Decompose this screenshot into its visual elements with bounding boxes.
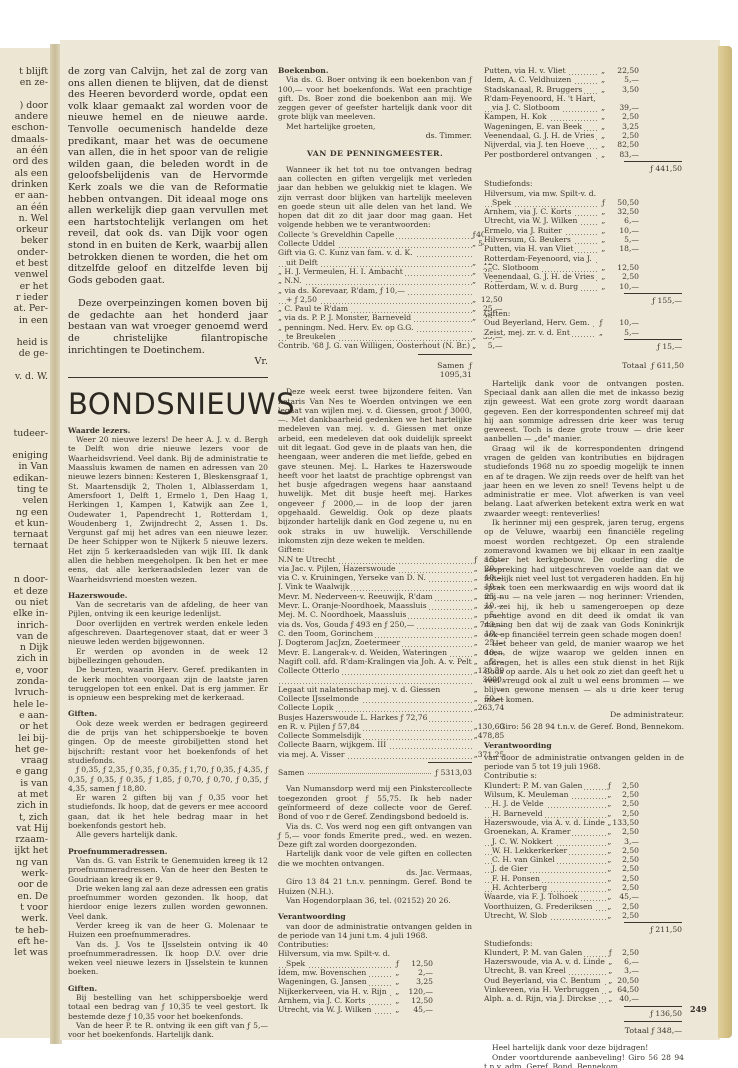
administrateur-paragraph: Ik herinner mij een gesprek, jaren terug…	[484, 518, 684, 639]
ledger-currency: „	[598, 226, 609, 235]
ledger-description: F. H. Ponsen	[484, 874, 607, 883]
ledger-row: Hazerswoude, via A. v. d. Linde„6,—	[484, 957, 639, 966]
fragment-line: e gang	[4, 766, 48, 777]
ledger-currency: „	[607, 874, 612, 883]
ledger-currency: „	[472, 313, 476, 322]
ledger-amount: 3,25	[403, 977, 433, 986]
ledger-row: Collecte 's Greveldhin Capelleƒ409,81	[278, 230, 503, 239]
ledger-row: Utrecht, via W. J. Wilken„6,—	[484, 216, 639, 225]
fragment-line	[4, 552, 48, 563]
ledger-currency: „	[474, 601, 478, 610]
fragment-line	[4, 326, 48, 337]
fragment-line: oor de	[4, 879, 48, 890]
ledger-description-text: Hilversum, via mw. Spilt-v. d.	[484, 189, 598, 198]
fragment-line: dmaals-	[4, 134, 48, 145]
ledger-row: Mej. M. C. Noordhoek, Maassluis„5,—	[278, 610, 504, 619]
fragment-line: an één	[4, 202, 48, 213]
ledger-description-text: Nijverdal, via J. ten Hoeve	[484, 140, 587, 149]
ledger-description: Hilversum, via mw. Spilt-v. d.	[484, 189, 598, 198]
ledger-description: Voorthuizen, G. Frederiksen	[484, 902, 607, 911]
ledger-description-text: Per postborderel ontvangen	[484, 150, 594, 159]
ledger-currency: „	[474, 573, 478, 582]
penningmeester-paragraph: Deze week eerst twee bijzondere feiten. …	[278, 387, 472, 545]
fragment-line: onder-	[4, 247, 48, 258]
giften-label: Giften:	[484, 309, 684, 318]
ledger-row: Idem, mw. Bovenschen„2,—	[278, 968, 433, 977]
ledger-amount: 2,50	[612, 911, 639, 920]
ledger-amount: 12,50	[403, 996, 433, 1005]
ledger-description-text: Kampen, H. Kok	[484, 112, 549, 121]
grand-total: Totaal ƒ 611,50	[484, 361, 684, 370]
ledger-currency: „	[474, 694, 478, 703]
ledger-description: „ penningm. Ned. Herv. Ev. op G.G.	[278, 323, 472, 332]
ledger-description: Hilversum, via mw. Spilt-v. d.	[278, 949, 392, 958]
ledger-currency: „	[607, 892, 612, 901]
ledger-row: Hilversum, via mw. Spilt-v. d.	[278, 949, 433, 958]
closing-line: Heel hartelijk dank voor deze bijdragen!	[484, 1043, 684, 1052]
fragment-line: de ge-	[4, 348, 48, 359]
ledger-amount: 2,50	[612, 864, 639, 873]
ledger-description: Collecte 's Greveldhin Capelle	[278, 230, 472, 239]
ledger-row: Collecte Uddel„541,—	[278, 239, 503, 248]
fragment-line	[4, 89, 48, 100]
section-paragraph: Alle gevers hartelijk dank.	[68, 830, 268, 839]
ledger-description-text: Collecte Uddel	[278, 239, 337, 248]
ledger-row: H. J. de Velde„2,50	[484, 799, 639, 808]
fragment-line: et kun-	[4, 518, 48, 529]
fragment-line: andere	[4, 111, 48, 122]
intro-paragraph: Deze overpeinzingen komen boven bij de g…	[68, 298, 268, 356]
ledger-currency: „	[474, 657, 478, 666]
ledger-amount: 3,—	[614, 966, 639, 975]
ledger-description: R'dam-Feyenoord, H. 't Hart,	[484, 94, 598, 103]
ledger-amount	[403, 949, 433, 958]
ledger-description-text: Legaat uit nalatenschap mej. v. d. Giess…	[278, 685, 442, 694]
ledger-description-text: Mevr. L. Oranje-Noordhoek, Maassluis	[278, 601, 429, 610]
ledger-row: W. H. Lekkerkerker„2,50	[484, 846, 639, 855]
ledger-row: Veenendaal, G. J. H. de Vries„2,50	[484, 131, 639, 140]
fragment-line: et best	[4, 258, 48, 269]
subtotal-studiefonds-2: ƒ 136,50	[624, 1006, 682, 1018]
ledger-amount: 20,50	[614, 976, 639, 985]
ledger-amount: 2,50	[612, 799, 639, 808]
ledger-amount	[609, 189, 639, 198]
ledger-description-text: „ C. Paul te R'dam	[278, 304, 350, 313]
ledger-currency: „	[607, 837, 612, 846]
ledger-currency: „	[472, 258, 476, 267]
ledger-description-text: Rotterdam-Feyenoord, via J.	[484, 254, 594, 263]
ledger-description-text: Vinkeveen, via H. Verbruggen	[484, 985, 601, 994]
closing-line: Onder voortdurende aanbeveling! Giro 56 …	[484, 1053, 684, 1068]
fragment-line: is van	[4, 778, 48, 789]
intro-article: de zorg van Calvijn, het zal de zorg van…	[68, 66, 268, 368]
subtotal-studiefonds: ƒ 155,—	[624, 293, 682, 305]
ledger-description: J. Dogterom JacJzn, Zoetermeer	[278, 638, 474, 647]
total-label: Samen	[278, 768, 304, 777]
fragment-line: vat Hij	[4, 823, 48, 834]
ledger-currency: „	[472, 341, 476, 350]
penningmeester-address: Van Hogendorplaan 36, tel. (02152) 20 26…	[278, 896, 472, 905]
ledger-description-text: Hazerswoude, via A. v. d. Linde	[484, 957, 607, 966]
ledger-description-text: „ N.N.	[278, 276, 304, 285]
ledger-description: Oud Beyerland, via C. Bentum	[484, 976, 607, 985]
fragment-line: or het	[4, 721, 48, 732]
ledger-description-text: Collecte Otterlo	[278, 666, 341, 675]
ledger-description-text: uit Delft	[286, 258, 320, 267]
ledger-description-text: Zeist, mej. zr. v. d. Ent	[484, 328, 572, 337]
ledger-row: J. C. W. Nokkert„3,—	[484, 837, 639, 846]
boekenbon-paragraph: Met hartelijke groeten,	[278, 122, 472, 131]
column-1: de zorg van Calvijn, het zal de zorg van…	[68, 66, 268, 1040]
verantwoording2-intro: van door de administratie ontvangen geld…	[484, 753, 684, 772]
ledger-currency: „	[474, 629, 478, 638]
ledger-amount	[609, 94, 640, 103]
ledger-currency: „	[598, 272, 609, 281]
fragment-line: werk.	[4, 913, 48, 924]
subtotal-value: ƒ 136,50	[650, 1009, 682, 1018]
ledger-row: J. Vink te Waalwijk„10,—	[278, 582, 504, 591]
ledger-row: Utrecht, B. van Kreel„3,—	[484, 966, 639, 975]
ledger-currency: „	[474, 638, 478, 647]
fragment-line: hele le-	[4, 699, 48, 710]
section-paragraph: Bij bestelling van het schippersboekje w…	[68, 993, 268, 1021]
ledger-description-text: „ via ds. P. P. J. Monster, Barneveld	[278, 313, 413, 322]
ledger-row: Mevr. E. Langerak-v. d. Weiden, Watering…	[278, 648, 504, 657]
fragment-line: zich in	[4, 800, 48, 811]
studiefonds-label: Studiefonds:	[484, 939, 684, 948]
ledger-description-text: C. H. van Ginkel	[492, 855, 557, 864]
ledger-currency: „	[598, 85, 609, 94]
ledger-currency	[598, 189, 609, 198]
ledger-description: Collecte Uddel	[278, 239, 472, 248]
section-paragraph: Van de heer P. te R. ontving ik een gift…	[68, 1021, 268, 1040]
ledger-description-text: J. C. W. Nokkert	[492, 837, 555, 846]
ledger-description-text: Collecte Lopik	[278, 703, 335, 712]
ledger-description: via J. C. Slotboom	[484, 103, 598, 112]
ledger-currency: „	[607, 846, 612, 855]
ledger-description-text: Utrecht, W. Slob	[484, 911, 549, 920]
ledger-row: „ via ds. Korevaar, R'dam, ƒ 10,—	[278, 286, 503, 295]
ledger-currency: „	[472, 239, 476, 248]
ledger-description-text: Utrecht, via W. J. Wilken	[484, 216, 579, 225]
ledger-description-text: Hazerswoude, via A. v. d. Linde	[484, 818, 607, 827]
ledger-row: Spekƒ12,50	[278, 959, 433, 968]
administrateur-paragraph: Het beheer van geld, de manier waarop we…	[484, 639, 684, 704]
ledger-description: „ via ds. P. P. J. Monster, Barneveld	[278, 313, 472, 322]
ledger-description-text: Oud Beyerland, Herv. Gem.	[484, 318, 592, 327]
section-heading: Giften.	[68, 984, 268, 993]
ledger-row: H. Achterberg„2,50	[484, 883, 639, 892]
ledger-currency: „	[607, 799, 612, 808]
ledger-description: Collecte IJsselmonde	[278, 694, 474, 703]
fragment-line: er aan-	[4, 190, 48, 201]
administrateur-paragraphs: Hartelijk dank voor de ontvangen posten.…	[484, 379, 684, 704]
ledger-description-text: Oud Beyerland, via C. Bentum	[484, 976, 603, 985]
ledger-total-1: Samen ƒ 1095,31	[418, 354, 472, 380]
fragment-line: drinken	[4, 179, 48, 190]
ledger-description: via mej. A. Visser	[278, 750, 474, 759]
section-paragraph: De beurten, waarin Herv. Geref. predikan…	[68, 665, 268, 702]
administrateur-paragraph: Graag wil ik de korrespondenten dringend…	[484, 444, 684, 518]
ledger-description: Alph. a. d. Rijn, via J. Dirckse	[484, 994, 607, 1003]
ledger-row: Nijverdal, via J. ten Hoeve„82,50	[484, 140, 639, 149]
page-edge	[718, 46, 732, 1038]
section-heading: Waarde lezers.	[68, 426, 268, 435]
ledger-row: Wilsum, K. Meuleman„2,50	[484, 790, 639, 799]
ledger-currency: „	[474, 610, 478, 619]
ledger-description-text: Waarde, via F. J. Tolhoek	[484, 892, 580, 901]
ledger-row: Vinkeveen, via H. Verbruggen„64,50	[484, 985, 639, 994]
ledger-row: Mevr. M. Nederveen-v. Reeuwijk, R'dam„25…	[278, 592, 504, 601]
ledger-row: Veenendaal, G. J. H. de Vries„2,50	[484, 272, 639, 281]
ledger-currency: ƒ	[392, 959, 403, 968]
ledger-description: J. de Gier	[484, 864, 607, 873]
ledger-row: Legaat uit nalatenschap mej. v. d. Giess…	[278, 675, 504, 694]
ledger-amount: 45,—	[403, 1005, 433, 1014]
penningmeester-intro: Wanneer ik het tot nu toe ontvangen bedr…	[278, 165, 472, 230]
ledger-description-text: Busjes Hazerswoude L. Harkes ƒ 72,76	[278, 713, 429, 722]
section-paragraph: Weer 20 nieuwe lezers! De heer A. J. v. …	[68, 435, 268, 584]
ledger-description-text: Putten, via H. van Vliet	[484, 244, 575, 253]
ledger-description: Hilversum, G. Beukers	[484, 235, 598, 244]
ledger-description-text: Collecte Baarn, wijkgem. III	[278, 740, 388, 749]
ledger-amount: 2,50	[612, 902, 639, 911]
fragment-line: als een	[4, 168, 48, 179]
fragment-line: in Van	[4, 461, 48, 472]
ledger-description: Veenendaal, G. J. H. de Vries	[484, 131, 598, 140]
ledger-row: J. Dogterom JacJzn, Zoetermeer„25,—	[278, 638, 504, 647]
ledger-row: Rotterdam-Feyenoord, via J.	[484, 254, 639, 263]
ledger-row: „ penningm. Ned. Herv. Ev. op G.G.	[278, 323, 503, 332]
ledger-currency: ƒ	[595, 318, 607, 327]
section-paragraph: Verder kreeg ik van de heer G. Molenaar …	[68, 921, 268, 940]
ledger-row: Kampen, H. Kok„2,50	[484, 112, 639, 121]
ledger-description: H. J. de Velde	[484, 799, 607, 808]
total-label: Samen	[437, 361, 464, 370]
ledger-description-text: via Jac. v. Pijlen, Hazerswoude	[278, 564, 398, 573]
ledger-row: uit Delft„12,—	[278, 258, 503, 267]
ledger-description: te Breukelen	[278, 332, 472, 341]
ledger-description: Busjes Hazerswoude L. Harkes ƒ 72,76	[278, 713, 474, 722]
ledger-description-text: via mej. A. Visser	[278, 750, 347, 759]
ledger-description: Hazerswoude, via A. v. d. Linde	[484, 957, 607, 966]
ledger-description: Spek	[484, 198, 598, 207]
grand-total-2: Totaal ƒ 348,—	[624, 1021, 682, 1035]
ledger-row: Arnhem, via J. C. Korts„12,50	[278, 996, 433, 1005]
ledger-row: Nagift coll. afd. R'dam-Kralingen via Jo…	[278, 657, 504, 666]
fragment-line	[4, 439, 48, 450]
ledger-description-text: Putten, via H. v. Vliet	[484, 66, 568, 75]
fragment-line: at. Per-	[4, 303, 48, 314]
ledger-amount: 2,50	[614, 948, 639, 957]
ledger-description-text: Mevr. E. Langerak-v. d. Weiden, Watering…	[278, 648, 449, 657]
ledger-currency: „	[474, 648, 478, 657]
fragment-line: van de	[4, 631, 48, 642]
ledger-description-text: H. J. de Velde	[492, 799, 546, 808]
ledger-row: F. H. Ponsen„2,50	[484, 874, 639, 883]
ledger-currency	[598, 254, 609, 263]
ledger-description: Oud Beyerland, Herv. Gem.	[484, 318, 595, 327]
ledger-currency: „	[607, 883, 612, 892]
ledger-description: Collecte Sommelsdijk	[278, 731, 474, 740]
ledger-amount: 6,—	[614, 957, 639, 966]
ledger-description: Rotterdam-Feyenoord, via J.	[484, 254, 598, 263]
ledger-amount: 12,50	[403, 959, 433, 968]
ledger-description: via Jac. v. Pijlen, Hazerswoude	[278, 564, 474, 573]
ledger-row: Contrib. '68 J. G. van Willigen, Oosterh…	[278, 341, 503, 350]
ledger-currency: „	[598, 103, 609, 112]
ledger-row: Utrecht, W. Slob„2,50	[484, 911, 639, 920]
ledger-amount: 18,—	[609, 244, 639, 253]
ledger-row: Collecte Otterlo„130,59	[278, 666, 504, 675]
ledger-currency: „	[474, 592, 478, 601]
ledger-amount: 40,—	[614, 994, 639, 1003]
ledger-row: Waarde, via F. J. Tolhoek„45,—	[484, 892, 639, 901]
boekenbon-signature: ds. Timmer.	[278, 131, 472, 140]
fragment-line: e aan-	[4, 710, 48, 721]
ledger-row: Oud Beyerland, via C. Bentum„20,50	[484, 976, 639, 985]
ledger-amount: 3,50	[609, 85, 640, 94]
section-paragraph: Van ds. G. van Estrik te Genemuiden kree…	[68, 856, 268, 884]
ledger-amount: 120,—	[403, 987, 433, 996]
ledger-row: via mej. A. Visser„371,25	[278, 750, 504, 759]
ledger-description-text: via ds. Vos, Gouda ƒ 493 en ƒ 250,—	[278, 620, 416, 629]
penningmeester-heading: VAN DE PENNINGMEESTER.	[278, 149, 472, 158]
column-3: Putten, via H. v. Vliet„22,50Idem, A. C.…	[484, 66, 684, 1068]
ledger-amount: 133,50	[612, 818, 639, 827]
ledger-description: Stadskanaal, R. Bruggers	[484, 85, 598, 94]
ledger-currency: „	[607, 994, 614, 1003]
ledger-description-text: C. Slotboom	[492, 263, 541, 272]
total-value: ƒ 5313,03	[435, 768, 472, 777]
fragment-line: ng van	[4, 857, 48, 868]
ledger-description: Idem, mw. Bovenschen	[278, 968, 392, 977]
ledger-row: N.N te Utrechtƒ15,—	[278, 555, 504, 564]
ledger-currency: „	[472, 304, 476, 313]
section-paragraph: Er werden op avonden in de week 12 bijbe…	[68, 647, 268, 666]
ledger-amount: 45,—	[612, 892, 639, 901]
ledger-row: Collecte IJsselmonde„50,—	[278, 694, 504, 703]
fragment-line: venwel	[4, 269, 48, 280]
ledger-description: C. Slotboom	[484, 263, 598, 272]
ledger-currency: „	[598, 131, 609, 140]
ledger-currency: „	[607, 985, 614, 994]
ledger-total-2: Samenƒ 5313,03	[278, 768, 472, 777]
ledger-description-text: Hilversum, G. Beukers	[484, 235, 573, 244]
ledger-description-text: C. den Toom, Gorinchem	[278, 629, 375, 638]
section-heading: Hazerswoude.	[68, 591, 268, 600]
ledger-description-text: Utrecht, B. van Kreel	[484, 966, 568, 975]
boekenbon-heading: Boekenbon.	[278, 66, 472, 75]
ledger-currency: „	[607, 818, 612, 827]
page-number: 249	[690, 1004, 707, 1014]
ledger-row: Hazerswoude, via A. v. d. Linde„133,50	[484, 818, 639, 827]
section-paragraph: ƒ 0,35, ƒ 2,35, ƒ 0,35, ƒ 0,35, ƒ 1,70, …	[68, 765, 268, 793]
ledger-description: H. Achterberg	[484, 883, 607, 892]
ledger-description-text: F. H. Ponsen	[492, 874, 542, 883]
bondsnieuws-sections: Waarde lezers.Weer 20 nieuwe lezers! De …	[68, 426, 268, 1040]
ledger-row: Collecte Lopik„263,74	[278, 703, 504, 712]
ledger-description-text: Voorthuizen, G. Frederiksen	[484, 902, 594, 911]
ledger-row: „ H. J. Vermeulen, H. I. Ambacht„25,—	[278, 267, 503, 276]
ledger-currency: „	[607, 966, 614, 975]
section-title: BONDSNIEUWS	[68, 388, 268, 420]
section-paragraph: Van de secretaris van de afdeling, de he…	[68, 600, 268, 619]
ledger-row: „ N.N.„5,—	[278, 276, 503, 285]
subtotal-contributies: ƒ 441,50	[624, 161, 682, 173]
fragment-line: ternaat	[4, 540, 48, 551]
ledger-row: H. Barneveld„2,50	[484, 809, 639, 818]
ledger-row: Oud Beyerland, Herv. Gem.ƒ10,—	[484, 318, 639, 327]
fragment-line: n Dijk	[4, 642, 48, 653]
ledger-description: Arnhem, via J. C. Korts	[278, 996, 392, 1005]
ledger-row: J. de Gier„2,50	[484, 864, 639, 873]
ledger-description: C. den Toom, Gorinchem	[278, 629, 474, 638]
ledger-description: en R. v. Pijlen ƒ 57,84	[278, 722, 474, 731]
fragment-line	[4, 416, 48, 427]
ledger-description: Ermelo, via J. Ruiter	[484, 226, 598, 235]
ledger-description-text: Wageningen, E. van Beek	[484, 122, 584, 131]
ledger-currency: „	[392, 977, 403, 986]
ledger-currency: „	[595, 328, 607, 337]
ledger-currency	[598, 94, 609, 103]
ledger-description-text: J. de Gier	[492, 864, 530, 873]
ledger-description: Wageningen, G. Jansen	[278, 977, 392, 986]
ledger-row: Wageningen, E. van Beek„3,25	[484, 122, 639, 131]
ledger-currency: „	[607, 790, 612, 799]
fragment-line: n door-	[4, 574, 48, 585]
ledger-currency: „	[598, 244, 609, 253]
ledger-amount: 10,—	[609, 226, 639, 235]
ledger-currency: ƒ	[598, 198, 609, 207]
fragment-line	[4, 382, 48, 393]
ledger-currency: „	[598, 122, 609, 131]
ledger-amount	[609, 254, 639, 263]
ledger-currency: „	[598, 282, 609, 291]
ledger-description: C. H. van Ginkel	[484, 855, 607, 864]
fragment-line: heid is	[4, 337, 48, 348]
ledger-currency: ƒ	[607, 948, 614, 957]
ledger-description: uit Delft	[278, 258, 472, 267]
ledger-contributies-2: Klundert: P. M. van Galenƒ2,50Wilsum, K.…	[484, 781, 639, 920]
ledger-description: Collecte Otterlo	[278, 666, 474, 675]
closing-paragraph: Van Numansdorp werd mij een Pinkstercoll…	[278, 784, 472, 821]
previous-page-text-fragment: t blijften ze-) doorandereeschon-dmaals-…	[4, 66, 48, 958]
ledger-description: Nagift coll. afd. R'dam-Kralingen via Jo…	[278, 657, 474, 666]
ledger-description: Mevr. E. Langerak-v. d. Weiden, Watering…	[278, 648, 474, 657]
ledger-currency: „	[472, 267, 476, 276]
ledger-description: Utrecht, B. van Kreel	[484, 966, 607, 975]
fragment-line: edikan-	[4, 473, 48, 484]
verantwoording-heading: Verantwoording	[278, 912, 472, 921]
ledger-contributies: Hilversum, via mw. Spilt-v. d.Spekƒ12,50…	[278, 949, 433, 1014]
ledger-currency: „	[598, 75, 609, 84]
ledger-description: Idem, A. C. Veldhuizen	[484, 75, 598, 84]
ledger-row: Nijkerkerveen, via H. v. Rijn„120,—	[278, 987, 433, 996]
fragment-line: lei bij-	[4, 733, 48, 744]
ledger-description: Mej. M. C. Noordhoek, Maassluis	[278, 610, 474, 619]
ledger-description: Nijverdal, via J. ten Hoeve	[484, 140, 598, 149]
ledger-description-text: Wilsum, K. Meuleman	[484, 790, 571, 799]
ledger-row: Mevr. L. Oranje-Noordhoek, Maassluis„10,…	[278, 601, 504, 610]
intro-paragraph: de zorg van Calvijn, het zal de zorg van…	[68, 66, 268, 286]
ledger-description: Klundert, P. M. van Galen	[484, 948, 607, 957]
total-label: Totaal	[622, 361, 646, 370]
fragment-line	[4, 405, 48, 416]
ledger-amount: 2,50	[612, 883, 639, 892]
ledger-description: Gift via G. C. Kunz van fam. v. d. K.	[278, 248, 472, 257]
ledger-description-text: Ermelo, via J. Ruiter	[484, 226, 564, 235]
